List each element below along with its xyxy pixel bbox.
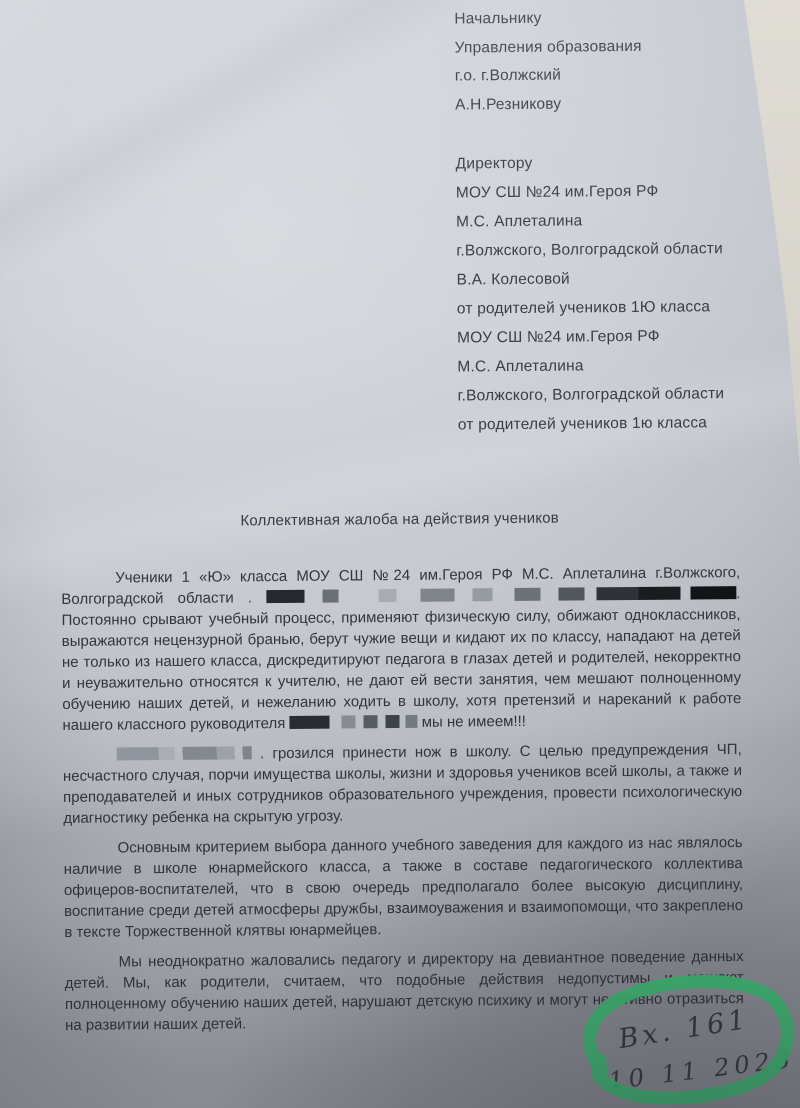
marker-circle-icon [560,962,800,1108]
document-photo: Начальнику Управления образования г.о. г… [0,0,800,1108]
redaction-bar [266,586,736,603]
recipient-line: А.Н.Резникову [455,89,642,119]
recipient-line: Управления образования [454,32,641,62]
recipient-line: МОУ СШ №24 им.Героя РФ [457,321,724,352]
recipient-line: Директору [455,147,722,178]
redaction-bar [289,715,417,729]
paragraph-1-text: . Постоянно срывают учебный процесс, при… [61,585,741,734]
recipient-line: М.С. Аплеталина [456,205,723,236]
recipient-line: от родителей учеников 1Ю класса [457,292,724,323]
paragraph-1-text: мы не имеем!!! [422,713,526,731]
recipient-block-primary: Начальнику Управления образования г.о. г… [454,4,642,120]
recipient-line: В.А. Колесовой [456,263,723,294]
recipient-line: МОУ СШ №24 им.Героя РФ [456,176,723,207]
letter-title: Коллективная жалоба на действия учеников [0,508,800,532]
recipient-line: г.Волжского, Волгоградской области [457,379,724,410]
recipient-line: г.о. г.Волжский [455,61,642,91]
recipient-line: от родителей учеников 1ю класса [458,408,725,439]
registration-stamp: Вх. 161 10 11 2023 [560,962,800,1108]
recipient-line: Начальнику [454,4,641,34]
paragraph-3: Основным критерием выбора данного учебно… [63,832,743,943]
recipient-line: М.С. Аплеталина [457,350,724,381]
paragraph-1: Ученики 1 «Ю» класса МОУ СШ №24 им.Героя… [61,562,741,736]
paragraph-2: . грозился принести нож в школу. С целью… [63,739,743,829]
recipient-line: г.Волжского, Волгоградской области [456,234,723,265]
letter-content: Начальнику Управления образования г.о. г… [0,0,800,1108]
recipient-block-secondary: Директору МОУ СШ №24 им.Героя РФ М.С. Ап… [455,147,724,439]
redaction-bar [117,746,252,760]
